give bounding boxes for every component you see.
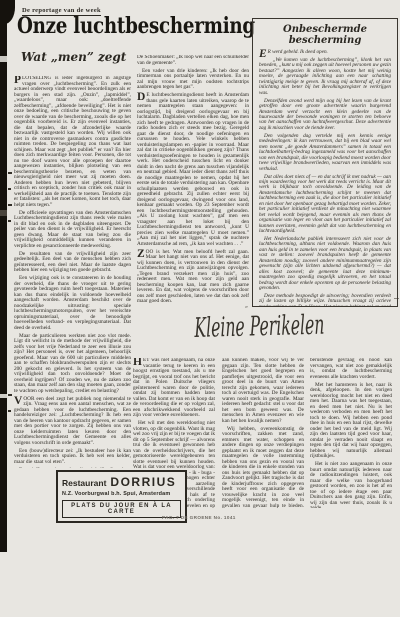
drop-cap: V bbox=[14, 397, 23, 407]
paragraph: aan kunnen maken, voor wij te ver gegaan… bbox=[222, 358, 304, 424]
section-title-script: Kleine Perikelen bbox=[194, 310, 325, 344]
restaurant-ad-name: Restaurant DORRIUS bbox=[62, 475, 181, 489]
drop-cap: D bbox=[137, 93, 146, 103]
perikelen-column-3: berustende gevraag en nood kan vervangen… bbox=[310, 358, 392, 508]
perikelen-column-2: aan kunnen maken, voor wij te ver gegaan… bbox=[222, 358, 304, 508]
paragraph: PLOTSELING is ieder ingeburgerd in angst… bbox=[14, 76, 131, 208]
scan-speck bbox=[8, 220, 11, 222]
paragraph: HET was niet aangenaam, na onze vacantie… bbox=[133, 358, 215, 419]
sidebar-box-body: ER werd gebeld. Ik deed open.„We komen v… bbox=[259, 50, 391, 307]
paragraph: Een (bouw)directeur zei: „Ik bestudeer h… bbox=[14, 449, 131, 466]
paragraph: VOOR een deel zegt het publiek nog nieme… bbox=[14, 397, 131, 447]
newspaper-page: De reportage van de week Onze luchtbesch… bbox=[0, 0, 400, 617]
scan-corner-blot bbox=[0, 0, 15, 24]
scan-speck bbox=[8, 410, 11, 412]
paragraph: ER werd gebeld. Ik deed open. bbox=[259, 50, 391, 55]
paragraph: Maar de particulieren werkten niet zoo v… bbox=[14, 334, 131, 395]
scan-speck bbox=[8, 394, 12, 396]
paragraph: Deze methode bespoedigt de uitvoering; b… bbox=[259, 294, 391, 307]
scan-edge-artifact bbox=[0, 0, 7, 552]
sidebar-box-title: Onbeschermde bescherming bbox=[259, 24, 391, 46]
paragraph: Het Nederlandsche publiek interesseert z… bbox=[259, 237, 391, 292]
paragraph: Den volgenden dag vertelde mij een kenni… bbox=[259, 134, 391, 172]
paragraph: „We komen van de luchtbescherming”, klon… bbox=[259, 58, 391, 96]
headline: Onze luchtbescherming bbox=[17, 13, 255, 39]
paragraph: DE luchtbeschermingsdienst heeft in Amst… bbox=[137, 93, 249, 247]
article-column-1: PLOTSELING is ieder ingeburgerd in angst… bbox=[14, 76, 131, 468]
scan-speck bbox=[8, 204, 12, 206]
restaurant-ad-title: DORRIUS bbox=[110, 475, 176, 489]
paragraph: F. bbox=[137, 307, 249, 308]
article-column-2: De Schoenmaker: „Ik loop wel naar een sc… bbox=[137, 55, 249, 308]
drop-cap: P bbox=[14, 76, 22, 86]
drop-cap: Z bbox=[137, 250, 146, 260]
paragraph: Met het hamsteren is het, naar ik denk, … bbox=[310, 383, 392, 460]
subtitle: Wat „men” zegt bbox=[21, 50, 126, 64]
scan-speck bbox=[8, 172, 12, 174]
restaurant-ad-address: N.Z. Voorburgwal b.h. Spui, Amsterdam bbox=[62, 491, 181, 497]
paragraph: Wij hebben, overeenkomstig de voorschrif… bbox=[222, 427, 304, 509]
scan-speck bbox=[8, 188, 11, 190]
page-footer: PAG. 7 DE GROENE No. 1041 bbox=[162, 515, 236, 520]
sidebar-box: Onbeschermde bescherming ER werd gebeld.… bbox=[252, 18, 398, 307]
paragraph: Het is niet zoo aangenaam in onze buurt … bbox=[310, 462, 392, 508]
paragraph: Dat alles doet niets af — en dat schrijf… bbox=[259, 175, 391, 235]
paragraph: De resultaten van de vrijwilligheid zijn… bbox=[14, 252, 131, 274]
paragraph: Een vader van drie kinderen: „Ik heb doo… bbox=[137, 69, 249, 91]
paragraph: Een „juffrouw uit een braadjeswinkel”: „… bbox=[14, 468, 131, 469]
paragraph: De Schoenmaker: „Ik loop wel naar een sc… bbox=[137, 55, 249, 66]
restaurant-ad-prefix: Restaurant bbox=[62, 478, 106, 488]
drop-cap: E bbox=[259, 50, 268, 60]
paragraph: ZOO is het. Wat men beloofd heeft zal ga… bbox=[137, 250, 249, 305]
drop-cap: H bbox=[133, 358, 143, 368]
paragraph: berustende gevraag en nood kan vervangen… bbox=[310, 358, 392, 380]
paragraph: De officieele opvattingen van den Amster… bbox=[14, 211, 131, 250]
paragraph: Een wijziging ook is te constateeren in … bbox=[14, 276, 131, 331]
paragraph: Denzelfden avond werd mijn oog bij het l… bbox=[259, 99, 391, 132]
